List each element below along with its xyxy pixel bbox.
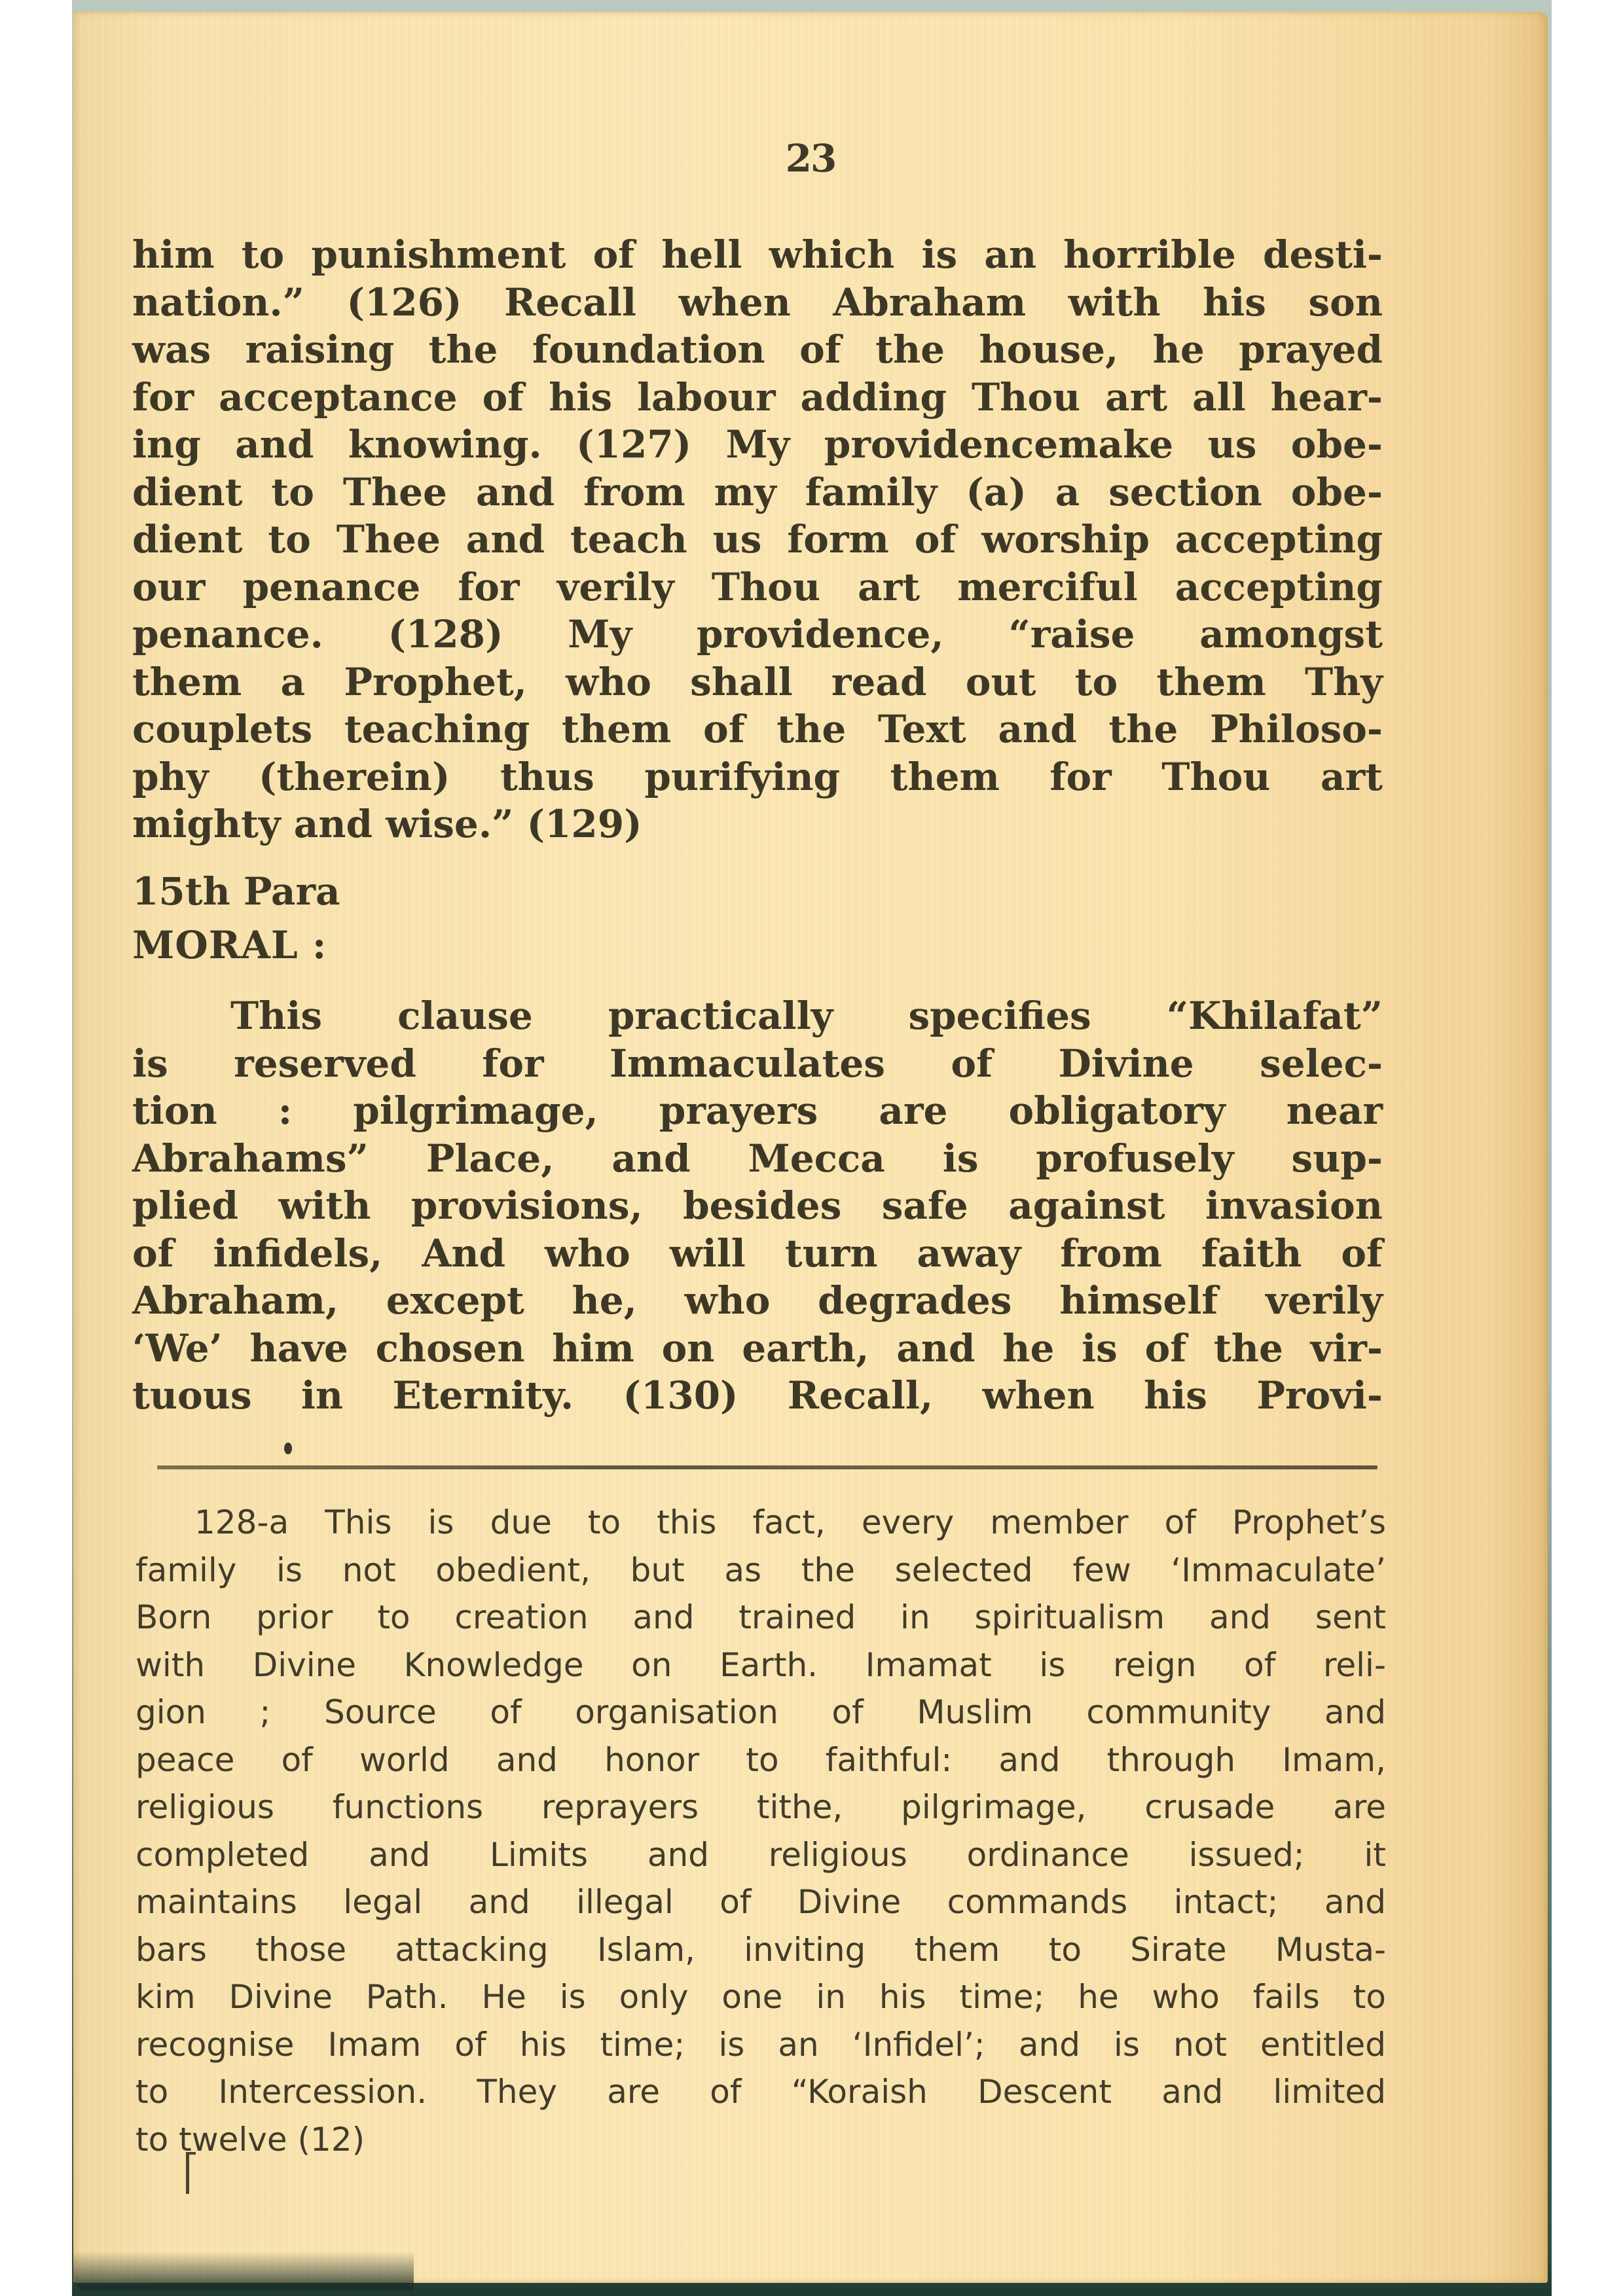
text-line: ‘We’ have chosen him on earth, and he is… — [132, 1325, 1383, 1372]
text-line: ing and knowing. (127) My providencemake… — [132, 421, 1383, 469]
footnote-divider — [157, 1465, 1377, 1469]
footnote-line: recognise Imam of his time; is an ‘Infid… — [136, 2021, 1386, 2069]
text-line: them a Prophet, who shall read out to th… — [132, 658, 1383, 706]
footnote-line: with Divine Knowledge on Earth. Imamat i… — [136, 1641, 1386, 1689]
ink-dot-mark — [284, 1443, 292, 1454]
page-number: 23 — [73, 136, 1548, 181]
footnote-line: completed and Limits and religious ordin… — [136, 1831, 1386, 1879]
footnote-block: 128-a This is due to this fact, every me… — [136, 1499, 1386, 2163]
text-line: Abraham, except he, who degrades himself… — [132, 1277, 1383, 1325]
footnote-line: religious functions reprayers tithe, pil… — [136, 1784, 1386, 1831]
footnote-line: bars those attacking Islam, inviting the… — [136, 1926, 1386, 1974]
text-line: Abrahams” Place, and Mecca is profusely … — [132, 1135, 1383, 1183]
text-line: tuous in Eternity. (130) Recall, when hi… — [132, 1372, 1383, 1420]
text-line: penance. (128) My providence, “raise amo… — [132, 611, 1383, 658]
footnote-line: kim Divine Path. He is only one in his t… — [136, 1973, 1386, 2021]
para-label: 15th Para — [132, 869, 340, 923]
footnote-line: Born prior to creation and trained in sp… — [136, 1594, 1386, 1641]
text-line: dient to Thee and teach us form of worsh… — [132, 516, 1383, 564]
text-line: dient to Thee and from my family (a) a s… — [132, 469, 1383, 516]
text-line: for acceptance of his labour adding Thou… — [132, 374, 1383, 422]
footnote-line: to twelve (12) — [136, 2116, 1386, 2164]
text-line: phy (therein) thus purifying them for Th… — [132, 753, 1383, 801]
text-line: is reserved for Immaculates of Divine se… — [132, 1040, 1383, 1088]
text-line: nation.” (126) Recall when Abraham with … — [132, 279, 1383, 327]
text-line: couplets teaching them of the Text and t… — [132, 706, 1383, 753]
book-page: 23 him to punishment of hell which is an… — [73, 12, 1548, 2283]
footnote-line: maintains legal and illegal of Divine co… — [136, 1878, 1386, 1926]
moral-text-block: This clause practically specifies “Khila… — [132, 992, 1383, 1420]
moral-heading: MORAL : — [132, 923, 340, 977]
text-line: our penance for verily Thou art merciful… — [132, 564, 1383, 611]
text-line: plied with provisions, besides safe agai… — [132, 1182, 1383, 1230]
margin-bracket-mark — [186, 2152, 196, 2194]
footnote-line: peace of world and honor to faithful: an… — [136, 1736, 1386, 1784]
scan-shadow — [73, 2251, 414, 2291]
footnote-line: to Intercession. They are of “Koraish De… — [136, 2068, 1386, 2116]
main-text-block: him to punishment of hell which is an ho… — [132, 231, 1383, 848]
text-line: mighty and wise.” (129) — [132, 800, 1383, 848]
text-line: of infidels, And who will turn away from… — [132, 1230, 1383, 1278]
text-line: tion : pilgrimage, prayers are obligator… — [132, 1087, 1383, 1135]
text-line: was raising the foundation of the house,… — [132, 326, 1383, 374]
footnote-line: 128-a This is due to this fact, every me… — [136, 1499, 1386, 1547]
footnote-line: family is not obedient, but as the selec… — [136, 1547, 1386, 1594]
section-heading: 15th Para MORAL : — [132, 869, 340, 977]
footnote-line: gion ; Source of organisation of Muslim … — [136, 1689, 1386, 1736]
text-line: him to punishment of hell which is an ho… — [132, 231, 1383, 279]
text-line: This clause practically specifies “Khila… — [132, 992, 1383, 1040]
